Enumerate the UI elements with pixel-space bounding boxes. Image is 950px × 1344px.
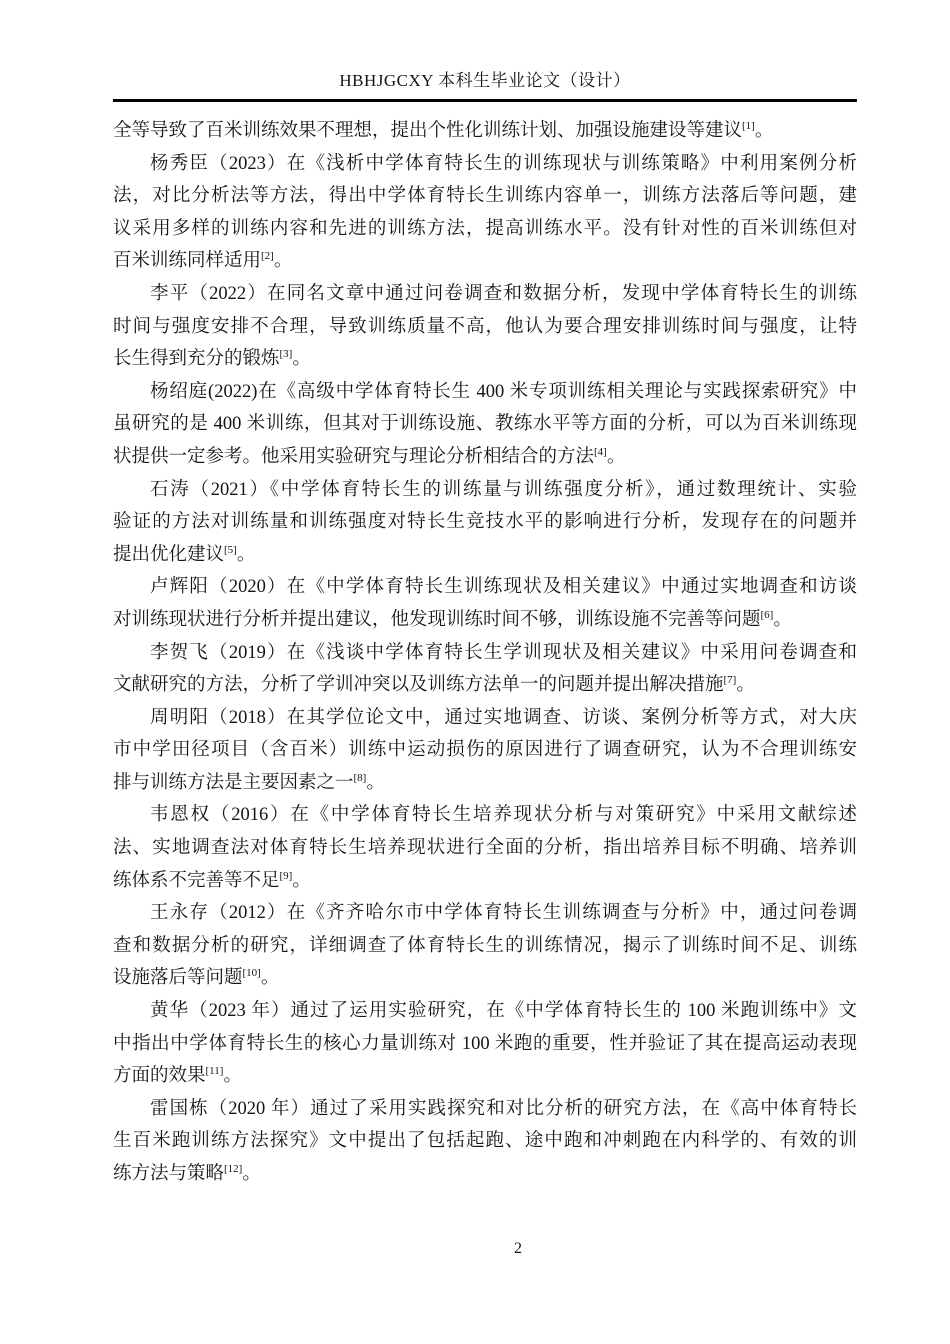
- citation-ref: [7]: [724, 674, 737, 686]
- text-line: 石涛（2021）《中学体育特长生的训练量与训练强度分析》，通过数理统计、实验: [113, 474, 857, 507]
- text-line: 李平（2022）在同名文章中通过问卷调查和数据分析，发现中学体育特长生的训练: [113, 278, 857, 311]
- paragraph: 黄华（2023 年）通过了运用实验研究，在《中学体育特长生的 100 米跑训练中…: [113, 995, 857, 1093]
- text-line: 周明阳（2018）在其学位论文中，通过实地调查、访谈、案例分析等方式，对大庆: [113, 702, 857, 735]
- text-line: 长生得到充分的锻炼[3]。: [113, 343, 857, 376]
- citation-ref: [2]: [261, 250, 274, 262]
- citation-ref: [6]: [761, 609, 774, 621]
- paragraph: 李贺飞（2019）在《浅谈中学体育特长生学训现状及相关建议》中采用问卷调查和 文…: [113, 637, 857, 702]
- page-number: 2: [514, 1240, 522, 1257]
- text-line: 状提供一定参考。他采用实验研究与理论分析相结合的方法[4]。: [113, 441, 857, 474]
- page-header: HBHJGCXY 本科生毕业论文（设计）: [113, 68, 857, 102]
- text-line: 设施落后等问题[10]。: [113, 962, 857, 995]
- citation-ref: [8]: [354, 772, 367, 784]
- text-line: 生百米跑训练方法探究》文中提出了包括起跑、途中跑和冲刺跑在内科学的、有效的训: [113, 1125, 857, 1158]
- paragraph: 李平（2022）在同名文章中通过问卷调查和数据分析，发现中学体育特长生的训练 时…: [113, 278, 857, 376]
- page-footer: 2: [146, 1240, 890, 1258]
- text-line: 议采用多样的训练内容和先进的训练方法，提高训练水平。没有针对性的百米训练但对: [113, 213, 857, 246]
- text-line: 对训练现状进行分析并提出建议，他发现训练时间不够，训练设施不完善等问题[6]。: [113, 604, 857, 637]
- text-line: 杨绍庭(2022)在《高级中学体育特长生 400 米专项训练相关理论与实践探索研…: [113, 376, 857, 409]
- text-line: 卢辉阳（2020）在《中学体育特长生训练现状及相关建议》中通过实地调查和访谈: [113, 571, 857, 604]
- text-line: 练方法与策略[12]。: [113, 1158, 857, 1191]
- paragraph: 杨绍庭(2022)在《高级中学体育特长生 400 米专项训练相关理论与实践探索研…: [113, 376, 857, 474]
- text-line: 法、实地调查法对体育特长生培养现状进行全面的分析，指出培养目标不明确、培养训: [113, 832, 857, 865]
- text-line: 练体系不完善等不足[9]。: [113, 865, 857, 898]
- text-line: 黄华（2023 年）通过了运用实验研究，在《中学体育特长生的 100 米跑训练中…: [113, 995, 857, 1028]
- citation-ref: [5]: [224, 544, 237, 556]
- paragraph: 韦恩权（2016）在《中学体育特长生培养现状分析与对策研究》中采用文献综述 法、…: [113, 799, 857, 897]
- text-line: 百米训练同样适用[2]。: [113, 245, 857, 278]
- citation-ref: [9]: [280, 870, 293, 882]
- text-line: 中指出中学体育特长生的核心力量训练对 100 米跑的重要，性并验证了其在提高运动…: [113, 1028, 857, 1061]
- text-line: 方面的效果[11]。: [113, 1060, 857, 1093]
- citation-ref: [3]: [280, 348, 293, 360]
- text-line: 杨秀臣（2023）在《浅析中学体育特长生的训练现状与训练策略》中利用案例分析: [113, 148, 857, 181]
- paragraph: 卢辉阳（2020）在《中学体育特长生训练现状及相关建议》中通过实地调查和访谈 对…: [113, 571, 857, 636]
- paragraph: 王永存（2012）在《齐齐哈尔市中学体育特长生训练调查与分析》中，通过问卷调 查…: [113, 897, 857, 995]
- citation-ref: [4]: [594, 446, 607, 458]
- citation-ref: [11]: [206, 1065, 224, 1077]
- text-line: 查和数据分析的研究，详细调查了体育特长生的训练情况，揭示了训练时间不足、训练: [113, 930, 857, 963]
- text-line: 韦恩权（2016）在《中学体育特长生培养现状分析与对策研究》中采用文献综述: [113, 799, 857, 832]
- text-line: 李贺飞（2019）在《浅谈中学体育特长生学训现状及相关建议》中采用问卷调查和: [113, 637, 857, 670]
- text-line: 虽研究的是 400 米训练，但其对于训练设施、教练水平等方面的分析，可以为百米训…: [113, 408, 857, 441]
- header-title: HBHJGCXY 本科生毕业论文（设计）: [339, 71, 630, 90]
- paragraph: 石涛（2021）《中学体育特长生的训练量与训练强度分析》，通过数理统计、实验 验…: [113, 474, 857, 572]
- paragraph: 周明阳（2018）在其学位论文中，通过实地调查、访谈、案例分析等方式，对大庆 市…: [113, 702, 857, 800]
- paragraph: 雷国栋（2020 年）通过了采用实践探究和对比分析的研究方法，在《高中体育特长 …: [113, 1093, 857, 1191]
- text-line: 排与训练方法是主要因素之一[8]。: [113, 767, 857, 800]
- text-line: 雷国栋（2020 年）通过了采用实践探究和对比分析的研究方法，在《高中体育特长: [113, 1093, 857, 1126]
- text-line: 验证的方法对训练量和训练强度对特长生竞技水平的影响进行分析，发现存在的问题并: [113, 506, 857, 539]
- text-line: 提出优化建议[5]。: [113, 539, 857, 572]
- text-line: 市中学田径项目（含百米）训练中运动损伤的原因进行了调查研究，认为不合理训练安: [113, 734, 857, 767]
- text-line: 时间与强度安排不合理，导致训练质量不高，他认为要合理安排训练时间与强度，让特: [113, 311, 857, 344]
- document-body: 全等导致了百米训练效果不理想，提出个性化训练计划、加强设施建设等建议[1]。 杨…: [113, 115, 857, 1191]
- text-line: 文献研究的方法，分析了学训冲突以及训练方法单一的问题并提出解决措施[7]。: [113, 669, 857, 702]
- document-page: HBHJGCXY 本科生毕业论文（设计） 全等导致了百米训练效果不理想，提出个性…: [0, 0, 950, 1344]
- text-line: 法，对比分析法等方法，得出中学体育特长生训练内容单一，训练方法落后等问题，建: [113, 180, 857, 213]
- citation-ref: [12]: [224, 1163, 242, 1175]
- text-line: 王永存（2012）在《齐齐哈尔市中学体育特长生训练调查与分析》中，通过问卷调: [113, 897, 857, 930]
- text-line: 全等导致了百米训练效果不理想，提出个性化训练计划、加强设施建设等建议[1]。: [113, 115, 857, 148]
- paragraph: 杨秀臣（2023）在《浅析中学体育特长生的训练现状与训练策略》中利用案例分析 法…: [113, 148, 857, 278]
- citation-ref: [10]: [243, 967, 261, 979]
- citation-ref: [1]: [742, 120, 755, 132]
- paragraph: 全等导致了百米训练效果不理想，提出个性化训练计划、加强设施建设等建议[1]。: [113, 115, 857, 148]
